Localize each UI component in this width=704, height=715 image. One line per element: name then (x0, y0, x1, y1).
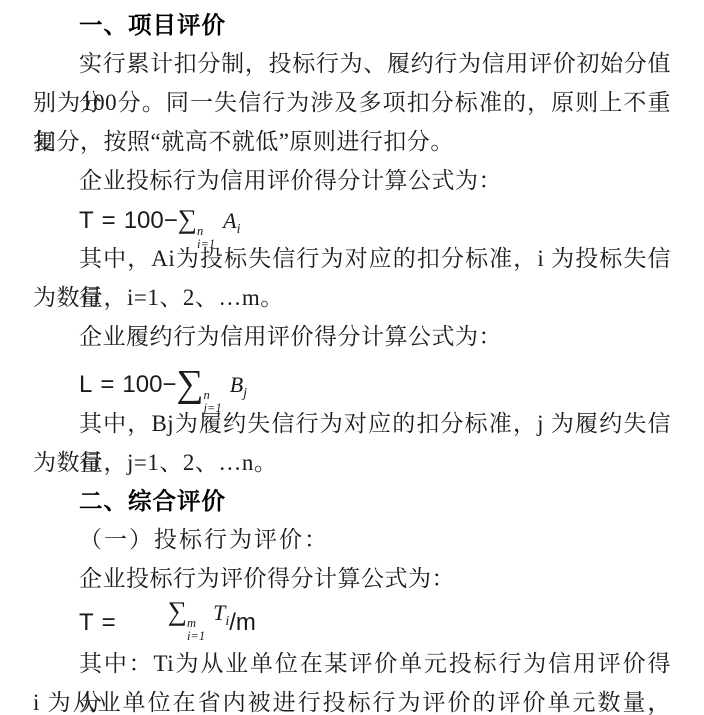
equals-sign: = (102, 609, 116, 636)
formula-bid-credit-score: T=100−∑ni=1Ai (33, 200, 671, 239)
sigma-symbol: ∑ (176, 363, 203, 405)
paragraph-line: 为数量，j=1、2、…n。 (33, 443, 671, 482)
equals-sign: = (100, 371, 114, 398)
formula-constant: 100− (122, 371, 176, 398)
formula-variable-subscript: i (225, 614, 229, 629)
paragraph-line: 别为100分。同一失信行为涉及多项扣分标准的，原则上不重复 (33, 83, 671, 122)
formula-lhs: L (79, 371, 92, 398)
paragraph-line: 企业履约行为信用评价得分计算公式为： (33, 317, 671, 356)
paragraph-line: 扣分，按照“就高不就低”原则进行扣分。 (33, 122, 671, 161)
paragraph-line: 其中，Ai为投标失信行为对应的扣分标准，i 为投标失信行 (33, 239, 671, 278)
section-heading-comprehensive-evaluation: 二、综合评价 (33, 482, 671, 520)
section-heading-project-evaluation: 一、项目评价 (33, 6, 671, 44)
formula-variable: B (230, 372, 243, 397)
formula-constant: 100− (124, 207, 178, 234)
formula-variable-subscript: i (237, 222, 241, 237)
formula-bid-evaluation-average: T=∑mi=1Ti/m (33, 598, 671, 644)
formula-variable: A (223, 208, 236, 233)
formula-variable: T (213, 600, 225, 625)
sigma-symbol: ∑ (168, 596, 187, 626)
paragraph-line: 为数量，i=1、2、…m。 (33, 278, 671, 317)
equals-sign: = (102, 207, 116, 234)
formula-lhs: T (79, 207, 94, 234)
sigma-limits: mi=1 (187, 617, 205, 643)
sigma-lower-limit: i=1 (187, 630, 205, 643)
paragraph-line: 实行累计扣分制，投标行为、履约行为信用评价初始分值分 (33, 44, 671, 83)
subsection-heading-bidding-evaluation: （一）投标行为评价： (33, 520, 671, 559)
paragraph-line: i 为从业单位在省内被进行投标行为评价的评价单元数量，i=1、 (33, 683, 671, 715)
formula-performance-credit-score: L=100−∑nj=1Bj (33, 356, 671, 404)
formula-numerator: ∑mi=1Ti (168, 588, 230, 645)
paragraph-line: 其中，Bj为履约失信行为对应的扣分标准，j 为履约失信行 (33, 404, 671, 443)
formula-lhs: T (79, 609, 94, 636)
formula-denominator: /m (229, 609, 256, 636)
paragraph-line: 企业投标行为评价得分计算公式为： (33, 559, 671, 598)
paragraph-line: 其中：Ti为从业单位在某评价单元投标行为信用评价得分， (33, 644, 671, 683)
sigma-symbol: ∑ (178, 204, 197, 234)
document-page: 一、项目评价 实行累计扣分制，投标行为、履约行为信用评价初始分值分 别为100分… (0, 0, 704, 715)
formula-variable-subscript: j (243, 386, 247, 401)
paragraph-line: 企业投标行为信用评价得分计算公式为： (33, 161, 671, 200)
